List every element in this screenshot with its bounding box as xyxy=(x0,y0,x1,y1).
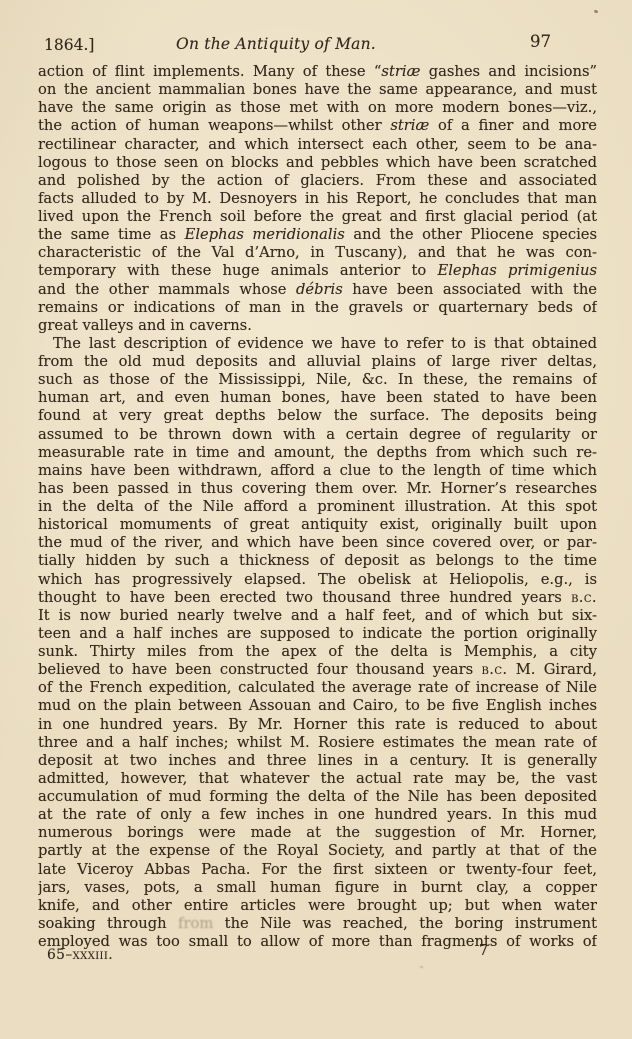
text-line: accumulation of mud forming the delta of… xyxy=(38,788,597,806)
page-number: 97 xyxy=(530,32,551,51)
text-line: in the delta of the Nile afford a promin… xyxy=(38,498,597,516)
text-segment: mud on the plain between Assouan and Cai… xyxy=(38,697,597,714)
text-line: lived upon the French soil before the gr… xyxy=(38,208,597,226)
text-segment: characteristic of the Val d’Arno, in Tus… xyxy=(38,244,597,261)
text-segment: assumed to be thrown down with a certain… xyxy=(38,426,597,443)
text-segment: have the same origin as those met with o… xyxy=(38,99,597,116)
text-line: action of flint implements. Many of thes… xyxy=(38,63,597,81)
text-line: soaking through from the Nile was reache… xyxy=(38,915,597,933)
italic-text: striæ xyxy=(381,63,420,80)
text-line: partly at the expense of the Royal Socie… xyxy=(38,842,597,860)
text-line: of the French expedition, calculated the… xyxy=(38,679,597,697)
text-line: from the old mud deposits and alluvial p… xyxy=(38,353,597,371)
text-line: jars, vases, pots, a small human figure … xyxy=(38,879,597,897)
text-line: great valleys and in caverns. xyxy=(38,317,597,335)
paper-speck xyxy=(594,9,599,13)
text-segment: has been passed in thus covering them ov… xyxy=(38,480,597,497)
text-segment: gashes and incisions” xyxy=(420,63,597,80)
paper-speck xyxy=(420,966,423,968)
text-line: three and a half inches; whilst M. Rosie… xyxy=(38,734,597,752)
text-line: the same time as Elephas meridionalis an… xyxy=(38,226,597,244)
text-segment: the same time as xyxy=(38,226,185,243)
text-segment: of the French expedition, calculated the… xyxy=(38,679,597,696)
text-segment: rectilinear character, and which interse… xyxy=(38,136,597,153)
text-line: logous to those seen on blocks and pebbl… xyxy=(38,154,597,172)
text-segment: the mud of the river, and which have bee… xyxy=(38,534,597,551)
text-line: measurable rate in time and amount, the … xyxy=(38,444,597,462)
text-segment: numerous borings were made at the sugges… xyxy=(38,824,597,841)
text-line: employed was too small to allow of more … xyxy=(38,933,597,951)
text-segment: soaking through xyxy=(38,915,178,932)
text-segment: logous to those seen on blocks and pebbl… xyxy=(38,154,597,171)
text-segment: admitted, however, that whatever the act… xyxy=(38,770,597,787)
text-line: in one hundred years. By Mr. Horner this… xyxy=(38,716,597,734)
text-line: human art, and even human bones, have be… xyxy=(38,389,597,407)
text-segment: such as those of the Mississippi, Nile, … xyxy=(38,371,597,388)
text-segment: and the other mammals whose xyxy=(38,281,296,298)
text-segment: The last description of evidence we have… xyxy=(53,335,597,352)
text-line: historical momuments of great antiquity … xyxy=(38,516,597,534)
text-segment: three and a half inches; whilst M. Rosie… xyxy=(38,734,597,751)
text-segment: the action of human weapons—whilst other xyxy=(38,117,390,134)
text-segment: mains have been withdrawn, afford a clue… xyxy=(38,462,597,479)
text-segment: jars, vases, pots, a small human figure … xyxy=(38,879,597,896)
text-line: and polished by the action of glaciers. … xyxy=(38,172,597,190)
text-line: teen and a half inches are supposed to i… xyxy=(38,625,597,643)
text-segment: on the ancient mammalian bones have the … xyxy=(38,81,597,98)
text-line: temporary with these huge animals anteri… xyxy=(38,262,597,280)
text-segment: knife, and other entire articles were br… xyxy=(38,897,597,914)
text-segment: lived upon the French soil before the gr… xyxy=(38,208,597,225)
text-segment: accumulation of mud forming the delta of… xyxy=(38,788,597,805)
text-line: believed to have been constructed four t… xyxy=(38,661,597,679)
text-segment: and polished by the action of glaciers. … xyxy=(38,172,597,189)
text-segment: historical momuments of great antiquity … xyxy=(38,516,597,533)
text-line: the mud of the river, and which have bee… xyxy=(38,534,597,552)
text-segment: at the rate of only a few inches in one … xyxy=(38,806,597,823)
text-line: The last description of evidence we have… xyxy=(38,335,597,353)
text-line: has been passed in thus covering them ov… xyxy=(38,480,597,498)
text-line: sunk. Thirty miles from the apex of the … xyxy=(38,643,597,661)
text-line: deposit at two inches and three lines in… xyxy=(38,752,597,770)
text-segment: teen and a half inches are supposed to i… xyxy=(38,625,597,642)
text-line: It is now buried nearly twelve and a hal… xyxy=(38,607,597,625)
text-line: such as those of the Mississippi, Nile, … xyxy=(38,371,597,389)
text-segment: which has progressively elapsed. The obe… xyxy=(38,571,597,588)
text-segment: have been associated with the xyxy=(343,281,597,298)
text-line: late Viceroy Abbas Pacha. For the first … xyxy=(38,861,597,879)
text-segment: from xyxy=(178,915,213,932)
text-segment: remains or indications of man in the gra… xyxy=(38,299,597,316)
body-text: action of flint implements. Many of thes… xyxy=(38,63,597,951)
text-line: characteristic of the Val d’Arno, in Tus… xyxy=(38,244,597,262)
text-line: rectilinear character, and which interse… xyxy=(38,136,597,154)
text-segment: measurable rate in time and amount, the … xyxy=(38,444,597,461)
text-line: which has progressively elapsed. The obe… xyxy=(38,571,597,589)
text-segment: employed was too small to allow of more … xyxy=(38,933,597,950)
text-segment: action of flint implements. Many of thes… xyxy=(38,63,381,80)
text-line: at the rate of only a few inches in one … xyxy=(38,806,597,824)
sheet-number: 7 xyxy=(479,943,488,959)
small-caps-text: b.c. xyxy=(571,589,597,606)
text-segment: thought to have been erected two thousan… xyxy=(38,589,571,606)
small-caps-text: b.c. xyxy=(482,661,508,678)
text-line: and the other mammals whose débris have … xyxy=(38,281,597,299)
running-title: On the Antiquity of Man. xyxy=(0,35,552,53)
italic-text: débris xyxy=(296,281,343,298)
text-segment: sunk. Thirty miles from the apex of the … xyxy=(38,643,597,660)
text-line: assumed to be thrown down with a certain… xyxy=(38,426,597,444)
text-segment: facts alluded to by M. Desnoyers in his … xyxy=(38,190,597,207)
text-segment: and the other Pliocene species xyxy=(345,226,597,243)
text-line: numerous borings were made at the sugges… xyxy=(38,824,597,842)
text-segment: in the delta of the Nile afford a promin… xyxy=(38,498,597,515)
text-segment: deposit at two inches and three lines in… xyxy=(38,752,597,769)
text-segment: partly at the expense of the Royal Socie… xyxy=(38,842,597,859)
text-segment: in one hundred years. By Mr. Horner this… xyxy=(38,716,597,733)
text-line: on the ancient mammalian bones have the … xyxy=(38,81,597,99)
text-line: knife, and other entire articles were br… xyxy=(38,897,597,915)
italic-text: Elephas primigenius xyxy=(437,262,597,279)
text-line: found at very great depths below the sur… xyxy=(38,407,597,425)
text-line: have the same origin as those met with o… xyxy=(38,99,597,117)
text-segment: from the old mud deposits and alluvial p… xyxy=(38,353,597,370)
text-segment: found at very great depths below the sur… xyxy=(38,407,597,424)
text-segment: tially hidden by such a thickness of dep… xyxy=(38,552,597,569)
italic-text: striæ xyxy=(390,117,429,134)
book-page: 1864.] On the Antiquity of Man. 97 actio… xyxy=(0,0,632,1039)
text-segment: human art, and even human bones, have be… xyxy=(38,389,597,406)
text-segment: late Viceroy Abbas Pacha. For the first … xyxy=(38,861,597,878)
text-line: mud on the plain between Assouan and Cai… xyxy=(38,697,597,715)
text-line: thought to have been erected two thousan… xyxy=(38,589,597,607)
text-segment: believed to have been constructed four t… xyxy=(38,661,482,678)
text-line: the action of human weapons—whilst other… xyxy=(38,117,597,135)
text-segment: temporary with these huge animals anteri… xyxy=(38,262,437,279)
text-line: remains or indications of man in the gra… xyxy=(38,299,597,317)
text-segment: the Nile was reached, the boring instrum… xyxy=(213,915,597,932)
signature-mark: 65–xxxiii. xyxy=(47,947,113,963)
text-line: facts alluded to by M. Desnoyers in his … xyxy=(38,190,597,208)
text-segment: great valleys and in caverns. xyxy=(38,317,252,334)
text-line: admitted, however, that whatever the act… xyxy=(38,770,597,788)
text-segment: M. Girard, xyxy=(507,661,597,678)
text-segment: of a finer and more xyxy=(429,117,597,134)
text-line: tially hidden by such a thickness of dep… xyxy=(38,552,597,570)
italic-text: Elephas meridionalis xyxy=(185,226,345,243)
text-segment: It is now buried nearly twelve and a hal… xyxy=(38,607,597,624)
text-line: mains have been withdrawn, afford a clue… xyxy=(38,462,597,480)
